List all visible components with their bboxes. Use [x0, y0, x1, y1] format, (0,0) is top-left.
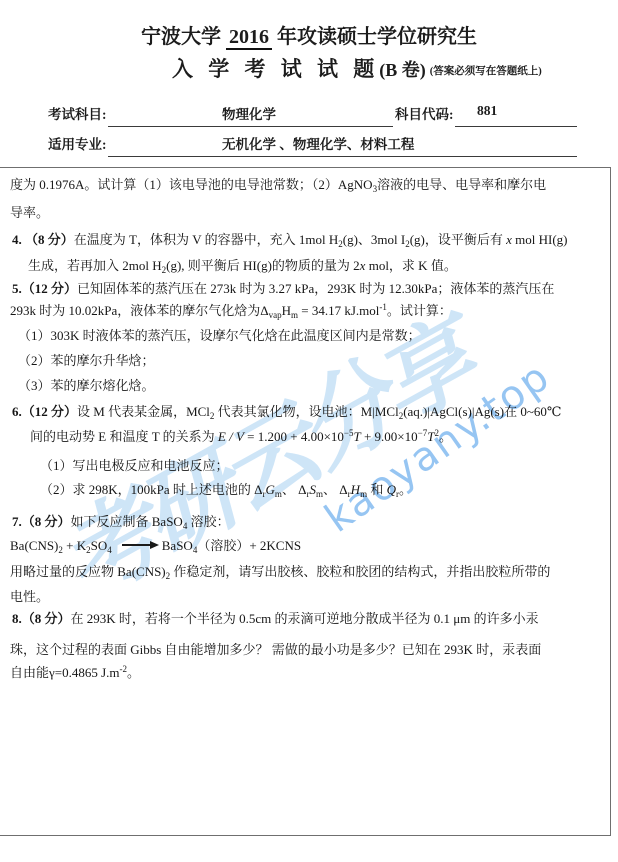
body-line-15: Ba(CNS)2 + K2SO4BaSO4（溶胶）+ 2KCNS [10, 536, 301, 555]
page-subtitle: 入 学 考 试 试 题(B 卷)(答案必须写在答题纸上) [172, 53, 542, 83]
code-label: 科目代码: [395, 103, 454, 123]
paper-version: (B 卷) [379, 60, 426, 80]
body-line-11: 间的电动势 E 和温度 T 的关系为 E / V = 1.200 + 4.00×… [30, 427, 452, 446]
code-underline [455, 126, 577, 127]
body-line-10: 6.（12 分）设 M 代表某金属，MCl2 代表其氯化物，设电池：M|MCl2… [12, 402, 561, 421]
body-line-1: 度为 0.1976A。试计算（1）该电导池的电导池常数；（2）AgNO3溶液的电… [10, 175, 546, 194]
major-underline [108, 156, 577, 157]
subject-label: 考试科目: [48, 103, 107, 123]
subtitle-main: 入 学 考 试 试 题 [172, 57, 379, 81]
body-line-7: （1）303K 时液体苯的蒸汽压，设摩尔气化焓在此温度区间内是常数； [18, 326, 421, 345]
body-line-4: 生成，若再加入 2mol H2(g), 则平衡后 HI(g)的物质的量为 2x … [28, 256, 457, 275]
body-line-20: 自由能γ=0.4865 J.m-2。 [10, 663, 140, 682]
body-line-13: （2）求 298K，100kPa 时上述电池的 ΔrGm、 ΔrSm、 ΔrHm… [40, 480, 412, 499]
body-line-2: 导率。 [10, 203, 49, 222]
title-prefix: 宁波大学 [141, 26, 226, 48]
page-title: 宁波大学 2016 年攻读硕士学位研究生 [0, 20, 618, 49]
exam-paper-page: 考研云分享 kaoyany.top 宁波大学 2016 年攻读硕士学位研究生 入… [0, 0, 618, 862]
code-value: 881 [477, 103, 497, 119]
title-suffix: 年攻读硕士学位研究生 [272, 26, 477, 48]
major-label: 适用专业: [48, 133, 107, 153]
body-line-17: 电性。 [10, 587, 49, 606]
body-line-14: 7.（8 分）如下反应制备 BaSO4 溶胶： [12, 512, 230, 531]
answer-note: (答案必须写在答题纸上) [430, 66, 542, 77]
right-arrow-icon [122, 544, 152, 546]
title-year: 2016 [226, 26, 272, 50]
body-line-12: （1）写出电极反应和电池反应； [40, 456, 229, 475]
major-value: 无机化学 、物理化学、材料工程 [222, 133, 414, 153]
body-line-9: （3）苯的摩尔熔化焓。 [18, 376, 155, 395]
body-line-19: 珠，这个过程的表面 Gibbs 自由能增加多少？ 需做的最小功是多少？已知在 2… [10, 640, 541, 659]
subject-underline [108, 126, 393, 127]
body-line-8: （2）苯的摩尔升华焓； [18, 351, 155, 370]
body-line-3: 4. （8 分）在温度为 T，体积为 V 的容器中，充入 1mol H2(g)、… [12, 230, 568, 249]
subject-value: 物理化学 [222, 103, 276, 123]
body-line-18: 8.（8 分）在 293K 时，若将一个半径为 0.5cm 的汞滴可逆地分散成半… [12, 609, 539, 628]
body-line-6: 293k 时为 10.02kPa，液体苯的摩尔气化焓为ΔvapHm = 34.1… [10, 301, 452, 320]
body-line-16: 用略过量的反应物 Ba(CNS)2 作稳定剂，请写出胶核、胶粒和胶团的结构式，并… [10, 562, 550, 581]
body-line-5: 5.（12 分）已知固体苯的蒸汽压在 273k 时为 3.27 kPa，293K… [12, 279, 554, 298]
